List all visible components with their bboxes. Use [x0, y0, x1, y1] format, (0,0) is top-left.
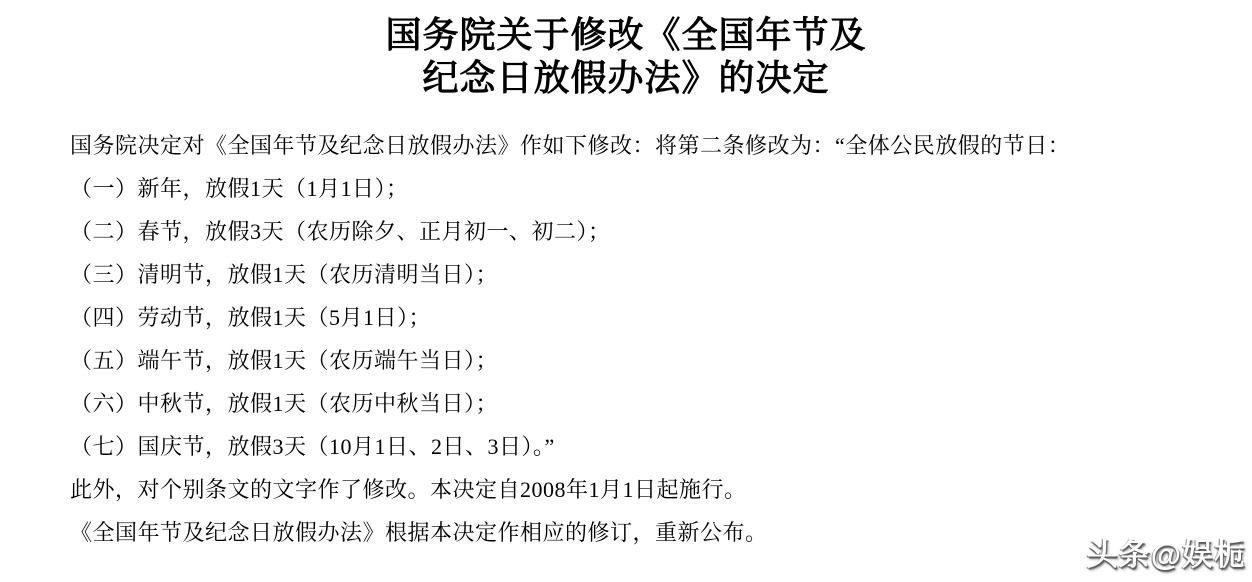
document-title-line2: 纪念日放假办法》的决定 [0, 57, 1252, 100]
holiday-item-2: （二）春节，放假3天（农历除夕、正月初一、初二）； [70, 210, 1182, 253]
holiday-item-6: （六）中秋节，放假1天（农历中秋当日）； [70, 382, 1182, 425]
holiday-item-7: （七）国庆节，放假3天（10月1日、2日、3日）。” [70, 425, 1182, 468]
toutiao-watermark: 头条@娱栀 [1087, 529, 1246, 574]
holiday-item-5: （五）端午节，放假1天（农历端午当日）； [70, 339, 1182, 382]
intro-paragraph: 国务院决定对《全国年节及纪念日放假办法》作如下修改：将第二条修改为：“全体公民放… [70, 124, 1182, 167]
document-page: 国务院关于修改《全国年节及 纪念日放假办法》的决定 国务院决定对《全国年节及纪念… [0, 0, 1252, 582]
document-title: 国务院关于修改《全国年节及 纪念日放假办法》的决定 [0, 0, 1252, 100]
document-title-line1: 国务院关于修改《全国年节及 [0, 14, 1252, 57]
holiday-item-4: （四）劳动节，放假1天（5月1日）； [70, 296, 1182, 339]
holiday-item-3: （三）清明节，放假1天（农历清明当日）； [70, 253, 1182, 296]
closing-paragraph-1: 此外，对个别条文的文字作了修改。本决定自2008年1月1日起施行。 [70, 468, 1182, 511]
holiday-item-1: （一）新年，放假1天（1月1日）； [70, 167, 1182, 210]
closing-paragraph-2: 《全国年节及纪念日放假办法》根据本决定作相应的修订，重新公布。 [70, 511, 1182, 554]
document-body: 国务院决定对《全国年节及纪念日放假办法》作如下修改：将第二条修改为：“全体公民放… [70, 124, 1182, 554]
